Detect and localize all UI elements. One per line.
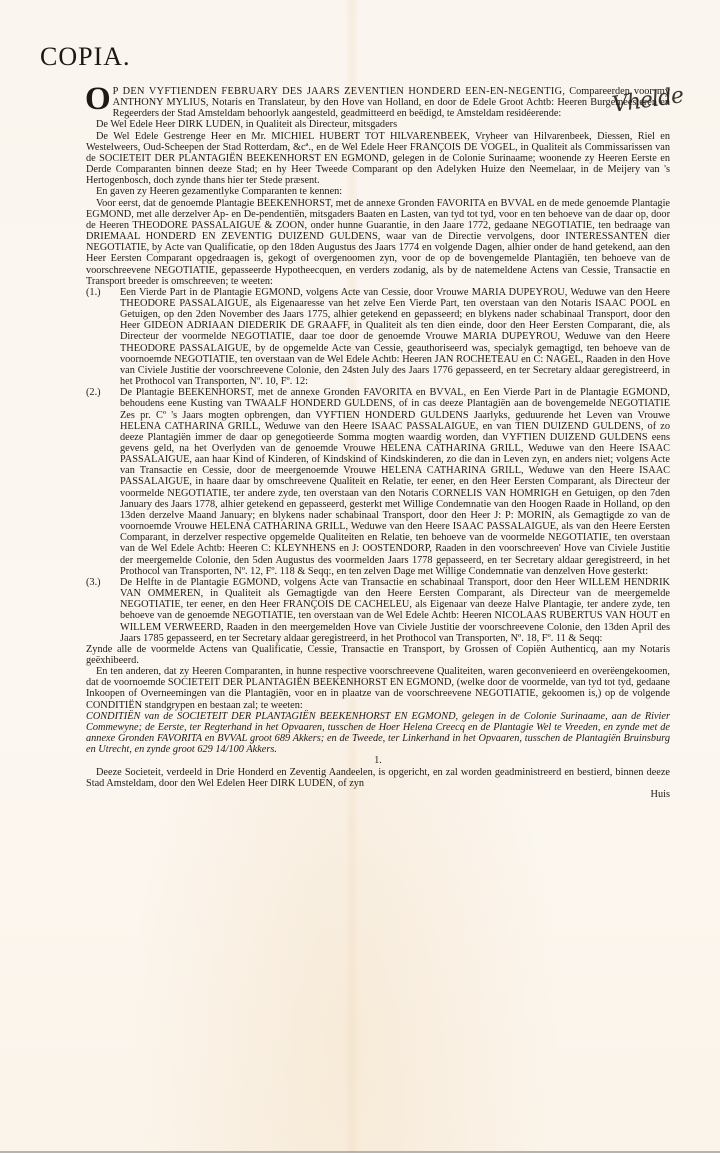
item-text: De Helfte in de Plantagie EGMOND, volgen…: [120, 577, 670, 644]
conditions-heading: CONDITIËN van de SOCIETEIT DER PLANTAGIË…: [86, 711, 670, 756]
item-number: (1.): [86, 287, 101, 298]
drop-cap: O: [85, 86, 111, 112]
item-text: Een Vierde Part in de Plantagie EGMOND, …: [120, 287, 670, 387]
catchword: Huis: [86, 789, 670, 800]
paragraph-exhibited: Zynde alle de voormelde Actens van Quali…: [86, 644, 670, 666]
document-title: COPIA.: [40, 42, 131, 72]
article-number: 1.: [86, 755, 670, 766]
document-page: COPIA. Vhelde OP DEN VYFTIENDEN FEBRUARY…: [0, 0, 720, 1153]
paragraph-commissioners: De Wel Edele Gestrenge Heer en Mr. MICHI…: [86, 131, 670, 187]
paragraph-second-point: En ten anderen, dat zy Heeren Comparante…: [86, 666, 670, 711]
paragraph-declaration: En gaven zy Heeren gezamentlyke Comparan…: [86, 186, 670, 197]
paragraph-director: De Wel Edele Heer DIRK LUDEN, in Qualite…: [86, 119, 670, 130]
item-number: (2.): [86, 387, 101, 398]
item-number: (3.): [86, 577, 101, 588]
list-item: (1.) Een Vierde Part in de Plantagie EGM…: [86, 287, 670, 387]
intro-first-line: P DEN VYFTIENDEN FEBRUARY DES JAARS ZEVE…: [113, 86, 566, 97]
paragraph-first-point: Voor eerst, dat de genoemde Plantagie BE…: [86, 198, 670, 287]
document-body: OP DEN VYFTIENDEN FEBRUARY DES JAARS ZEV…: [86, 86, 670, 800]
article-text: Deeze Societeit, verdeeld in Drie Honder…: [86, 767, 670, 789]
list-item: (3.) De Helfte in de Plantagie EGMOND, v…: [86, 577, 670, 644]
list-item: (2.) De Plantagie BEEKENHORST, met de an…: [86, 387, 670, 577]
intro-paragraph: OP DEN VYFTIENDEN FEBRUARY DES JAARS ZEV…: [86, 86, 670, 119]
item-text: De Plantagie BEEKENHORST, met de annexe …: [120, 387, 670, 577]
